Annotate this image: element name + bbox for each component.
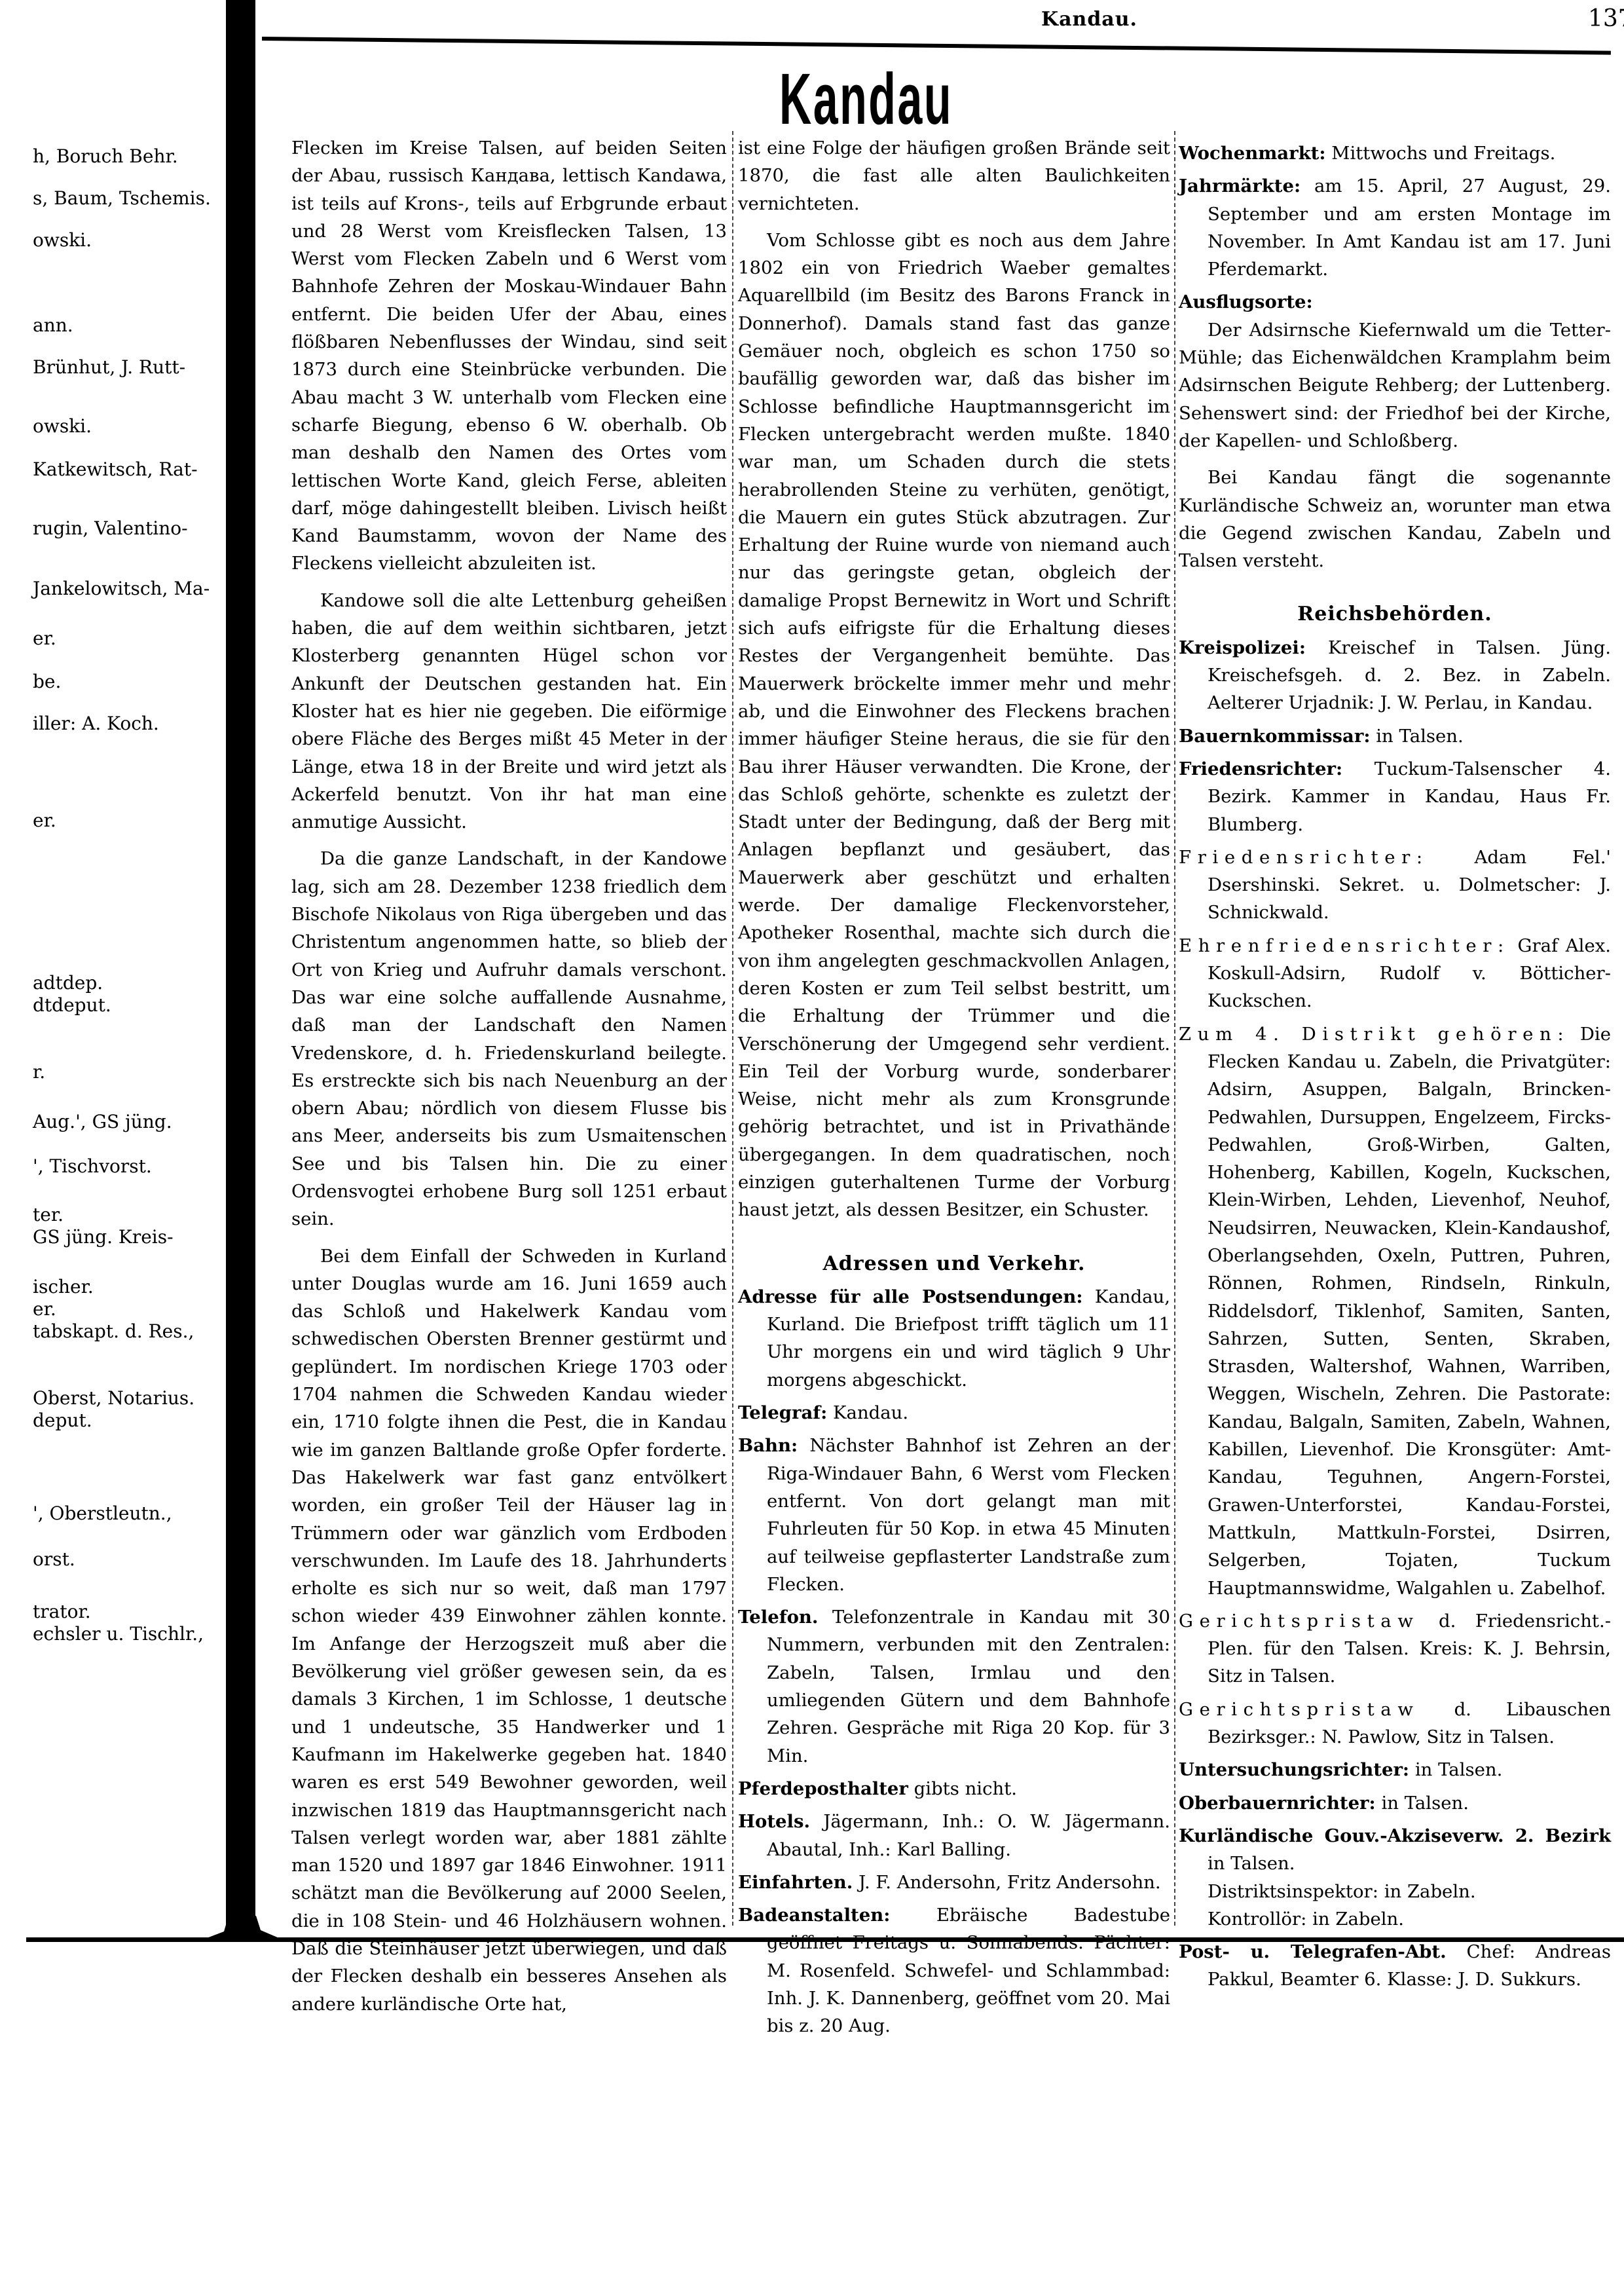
entry-label: Wochenmarkt: [1179,143,1326,164]
entry-label: Ausflugsorte: [1179,291,1313,312]
directory-entry: Ehrenfriedensrichter: Graf Alex. Koskull… [1179,932,1611,1015]
directory-entry: Kurländische Gouv.-Akziseverw. 2. Bezirk… [1179,1822,1611,1878]
fragment-line: GS jüng. Kreis- [33,1223,174,1251]
entry-text: J. F. Andersohn, Fritz Andersohn. [858,1872,1161,1893]
book-spine-shadow [226,0,255,1942]
entry-text: in Talsen. [1376,726,1464,747]
column-markets-and-authorities: Wochenmarkt: Mittwochs und Freitags.Jahr… [1179,134,1611,1994]
entry-text: Nächster Bahnhof ist Zehren an der Riga-… [767,1435,1170,1594]
paragraph-brände: ist eine Folge der häufigen großen Bränd… [738,134,1170,217]
section-heading-adressen: Adressen und Verkehr. [738,1250,1170,1278]
directory-entry: Friedensrichter: Tuckum-Talsenscher 4. B… [1179,755,1611,838]
entry-label: Gerichtspristaw [1179,1699,1419,1720]
fragment-line: owski. [33,413,92,440]
entry-label: Gerichtspristaw [1179,1611,1419,1632]
fragment-line: Brünhut, J. Rutt- [33,354,185,381]
entry-label: Kreispolizei: [1179,637,1306,658]
fragment-line: er. [33,807,56,834]
directory-entry: Ausflugsorte: [1179,288,1611,316]
running-head: Kandau. [1041,8,1137,31]
directory-entry: Telefon. Telefonzentrale in Kandau mit 3… [738,1603,1170,1770]
column-divider-2 [1174,131,1175,1926]
entry-label: Badeanstalten: [738,1905,890,1926]
entry-label: Jahrmärkte: [1179,176,1301,196]
page-title: Kandau [779,58,953,141]
directory-entry: Friedensrichter: Adam Fel.' Dsershinski.… [1179,844,1611,927]
fragment-line: orst. [33,1546,75,1573]
fragment-line: be. [33,668,61,696]
entry-label: Bauernkommissar: [1179,726,1371,747]
entry-text: Kandau. [833,1402,908,1423]
fragment-line: iller: A. Koch. [33,710,159,737]
entry-label: Untersuchungsrichter: [1179,1759,1409,1780]
market-entries: Wochenmarkt: Mittwochs und Freitags.Jahr… [1179,140,1611,316]
column-history: Flecken im Kreise Talsen, auf beiden Sei… [291,134,727,2018]
fragment-line: rugin, Valentino- [33,515,188,542]
directory-entry: Untersuchungsrichter: in Talsen. [1179,1756,1611,1783]
fragment-line: er. [33,625,56,652]
entry-label: Telegraf: [738,1402,827,1423]
paragraph-schweden: Bei dem Einfall der Schweden in Kurland … [291,1242,727,2018]
directory-entry: Kreispolizei: Kreischef in Talsen. Jüng.… [1179,634,1611,717]
entry-label: Zum 4. Distrikt gehören: [1179,1024,1570,1045]
directory-entry: Adresse für alle Postsendungen: Kandau, … [738,1283,1170,1394]
entry-text: in Talsen. [1381,1793,1469,1814]
entry-label: Friedensrichter: [1179,758,1342,779]
directory-entry: Hotels. Jägermann, Inh.: O. W. Jägermann… [738,1808,1170,1863]
footer-rule [26,1937,1624,1942]
fragment-line: ', Tischvorst. [33,1153,152,1180]
fragment-line: r. [33,1058,45,1086]
entry-text: Mittwochs und Freitags. [1331,143,1555,164]
directory-entry: Zum 4. Distrikt gehören: Die Flecken Kan… [1179,1020,1611,1602]
entry-post-telegraf: Post- u. Telegrafen-Abt. Chef: Andreas P… [1179,1938,1611,1994]
fragment-line: owski. [33,227,92,254]
akzise-sub-1: Distriktsinspektor: in Zabeln. [1179,1878,1611,1905]
entry-text: Die Flecken Kandau u. Zabeln, die Privat… [1208,1024,1611,1599]
authority-entries: Kreispolizei: Kreischef in Talsen. Jüng.… [1179,634,1611,1878]
entry-label: Adresse für alle Postsendungen: [738,1286,1083,1307]
directory-entry: Pferdeposthalter gibts nicht. [738,1775,1170,1802]
entry-label: Post- u. Telegrafen-Abt. [1179,1941,1447,1962]
paragraph-kurlaendische-schweiz: Bei Kandau fängt die sogenannte Kurländi… [1179,464,1611,574]
column-divider-1 [732,131,733,1926]
directory-entry: Gerichtspristaw d. Friedensricht.-Plen. … [1179,1607,1611,1690]
fragment-line: Jankelowitsch, Ma- [33,575,210,603]
directory-entry: Oberbauernrichter: in Talsen. [1179,1789,1611,1817]
entry-text: gibts nicht. [914,1778,1017,1799]
header-rule [262,37,1611,55]
paragraph-intro: Flecken im Kreise Talsen, auf beiden Sei… [291,134,727,578]
directory-entry: Wochenmarkt: Mittwochs und Freitags. [1179,140,1611,167]
entry-label: Friedensrichter: [1179,847,1429,868]
akzise-sub-2: Kontrollör: in Zabeln. [1179,1905,1611,1933]
page-number: 137 [1588,5,1624,32]
entry-text: in Talsen. [1208,1853,1295,1874]
directory-entry: Jahrmärkte: am 15. April, 27 August, 29.… [1179,172,1611,283]
directory-entry: Gerichtspristaw d. Libauschen Bezirksger… [1179,1696,1611,1751]
directory-entry: Einfahrten. J. F. Andersohn, Fritz Ander… [738,1869,1170,1896]
entry-label: Telefon. [738,1607,819,1628]
paragraph-lettenburg: Kandowe soll die alte Lettenburg geheiße… [291,587,727,836]
fragment-line: ', Oberstleutn., [33,1500,172,1527]
paragraph-schloss: Vom Schlosse gibt es noch aus dem Jahre … [738,227,1170,1224]
entry-label: Pferdeposthalter [738,1778,908,1799]
entry-label: Oberbauernrichter: [1179,1793,1376,1814]
paragraph-landschaft: Da die ganze Landschaft, in der Kandowe … [291,845,727,1233]
fragment-line: tabskapt. d. Res., [33,1318,194,1345]
entry-label: Einfahrten. [738,1872,853,1893]
section-heading-reichsbehoerden: Reichsbehörden. [1179,601,1611,628]
paragraph-ausflugsorte: Der Adsirnsche Kiefernwald um die Tetter… [1179,316,1611,455]
fragment-line: s, Baum, Tschemis. [33,185,211,212]
address-entries: Adresse für alle Postsendungen: Kandau, … [738,1283,1170,2040]
fragment-line: echsler u. Tischlr., [33,1620,204,1648]
entry-label: Bahn: [738,1435,798,1456]
fragment-line: Katkewitsch, Rat- [33,456,198,483]
fragment-line: dtdeput. [33,992,111,1019]
directory-entry: Telegraf: Kandau. [738,1399,1170,1427]
entry-label: Ehrenfriedensrichter: [1179,935,1510,956]
directory-entry: Badeanstalten: Ebräische Badestube geöff… [738,1901,1170,2040]
directory-entry: Bauernkommissar: in Talsen. [1179,722,1611,750]
fragment-line: ann. [33,312,73,339]
entry-label: Kurländische Gouv.-Akziseverw. 2. Bezirk [1179,1825,1611,1846]
entry-text: Jägermann, Inh.: O. W. Jägermann. Abauta… [767,1811,1170,1859]
entry-text: in Talsen. [1415,1759,1503,1780]
fragment-line: Aug.', GS jüng. [33,1108,172,1136]
directory-entry: Bahn: Nächster Bahnhof ist Zehren an der… [738,1432,1170,1598]
fragment-line: h, Boruch Behr. [33,143,178,170]
column-castle-and-addresses: ist eine Folge der häufigen großen Bränd… [738,134,1170,2040]
fragment-line: deput. [33,1407,92,1434]
entry-text: Telefonzentrale in Kandau mit 30 Nummern… [767,1607,1170,1766]
entry-label: Hotels. [738,1811,810,1832]
